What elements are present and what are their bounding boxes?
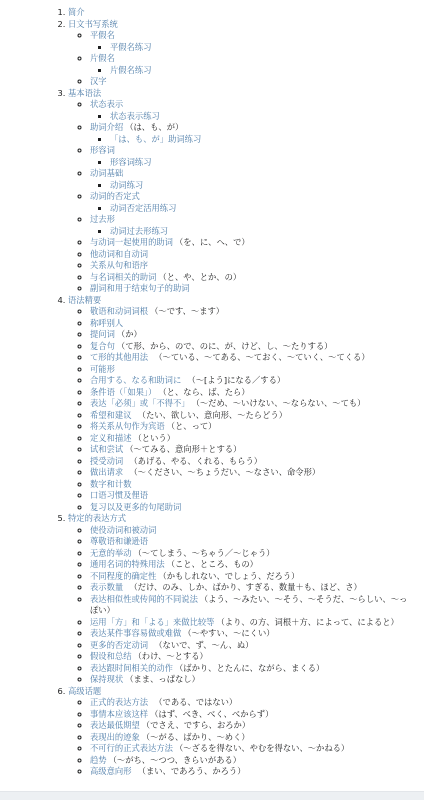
toc-subitem-link[interactable]: 动词否定活用练习 [110, 203, 176, 213]
toc-item-link[interactable]: 动词基础 [90, 168, 123, 178]
toc-subitem-link[interactable]: 动词过去形练习 [110, 226, 168, 236]
toc-item-link[interactable]: 通用名词的特殊用法 [90, 559, 165, 569]
toc-section-link[interactable]: 语法精要 [68, 295, 101, 305]
toc-item: 形容词形容词练习 [90, 145, 412, 168]
toc-item: 不可行的正式表达方法（～ざるを得ない、やむを得ない、～かねる） [90, 743, 412, 755]
toc-level3-list: 平假名练习 [90, 42, 412, 54]
toc-item-link[interactable]: 副词和用于结束句子的助词 [90, 283, 190, 293]
toc-item-link[interactable]: 形容词 [90, 145, 115, 155]
toc-item: 授受动词 （あげる、やる、くれる、もらう） [90, 456, 412, 468]
toc-item-link[interactable]: 更多的否定动词 [90, 640, 148, 650]
toc-section: 语法精要敬语和动词词根（～です、～ます）称呼别人提问词（か）复合句（て形、から、… [68, 295, 412, 514]
toc-item: 状态表示状态表示练习 [90, 99, 412, 122]
toc-item: 动词基础动词练习 [90, 168, 412, 191]
toc-subitem: 动词过去形练习 [110, 226, 412, 238]
toc-item-link[interactable]: 复习以及更多的句尾助词 [90, 502, 181, 512]
toc-subitem: 形容词练习 [110, 157, 412, 169]
toc-item: 运用「方」和「よる」来做比较等（より、の方、词根＋方、によって、によると） [90, 617, 412, 629]
toc-item-annotation: （～がち、～つつ、きらいがある） [109, 755, 241, 765]
toc-item: 将关系从句作为宾语（と、って） [90, 421, 412, 433]
toc-item-link[interactable]: 将关系从句作为宾语 [90, 421, 165, 431]
footer-bar [0, 791, 424, 800]
toc-section: 特定的表达方式使役动词和被动词尊敬语和谦逊语无意的举动（～てしまう、～ちゃう／～… [68, 513, 412, 686]
toc-item: 与名词相关的助词（と、や、とか、の） [90, 272, 412, 284]
toc-section-link[interactable]: 高级话题 [68, 686, 101, 696]
toc-root: 简介日文书写系统平假名平假名练习片假名片假名练习汉字基本语法状态表示状态表示练习… [28, 7, 412, 778]
toc-level3-list: 形容词练习 [90, 157, 412, 169]
toc-item-link[interactable]: 敬语和动词词根 [90, 306, 148, 316]
toc-item-link[interactable]: 趋势 [90, 755, 107, 765]
toc-item-annotation: （と、なら、ば、たら） [154, 387, 249, 397]
toc-item: 表现出的迹象（～がる、ばかり、～めく） [90, 732, 412, 744]
toc-item-link[interactable]: 事情本应该这样 [90, 709, 148, 719]
toc-subitem-link[interactable]: 片假名练习 [110, 65, 152, 75]
toc-item: 汉字 [90, 76, 412, 88]
toc-item: 尊敬语和谦逊语 [90, 536, 412, 548]
toc-item-link[interactable]: 表达「必须」或「不得不」 [90, 398, 185, 408]
toc-item-annotation: （と、や、とか、の） [158, 272, 241, 282]
toc-item: 片假名片假名练习 [90, 53, 412, 76]
toc-item: 口语习惯及俚语 [90, 490, 412, 502]
toc-item-link[interactable]: 高级意向形 [90, 766, 132, 776]
toc-item-link[interactable]: 关系从句和语序 [90, 260, 148, 270]
toc-item: 复合句（て形、から、ので、のに、が、けど、し、～たりする） [90, 341, 412, 353]
toc-item-link[interactable]: 数字和计数 [90, 479, 132, 489]
toc-item: 事情本应该这样（はず、べき、べく、べからず） [90, 709, 412, 721]
toc-level2-list: 使役动词和被动词尊敬语和谦逊语无意的举动（～てしまう、～ちゃう／～じゃう）通用名… [68, 525, 412, 686]
toc-item: 正式的表达方法 （である、ではない） [90, 697, 412, 709]
toc-item-annotation: （～ている、～てある、～ておく、～ていく、～てくる） [150, 352, 370, 362]
toc-item: 条件语（「如果」） （と、なら、ば、たら） [90, 387, 412, 399]
toc-item: 表达某件事容易做或难做（～やすい、～にくい） [90, 628, 412, 640]
toc-item-annotation: （～やすい、～にくい） [183, 628, 274, 638]
toc-item-annotation: （たい、欲しい、意向形、～たらどう） [134, 410, 288, 420]
toc-section: 基本语法状态表示状态表示练习助词介绍（は、も、が）「は、も、が」助词练习形容词形… [68, 88, 412, 295]
toc-item: 假设和总结（わけ、～とする） [90, 651, 412, 663]
toc-item-link[interactable]: 可能形 [90, 364, 115, 374]
toc-item-link[interactable]: 汉字 [90, 76, 107, 86]
toc-item: 副词和用于结束句子的助词 [90, 283, 412, 295]
toc-item: 过去形动词过去形练习 [90, 214, 412, 237]
toc-item-link[interactable]: 假设和总结 [90, 651, 132, 661]
toc-item-link[interactable]: 条件语（「如果」） [90, 387, 152, 397]
toc-item-annotation: （より、の方、词根＋方、によって、によると） [216, 617, 398, 627]
toc-item: 复习以及更多的句尾助词 [90, 502, 412, 514]
toc-item-annotation: （は、も、が） [125, 122, 183, 132]
toc-item-link[interactable]: 做出请求 [90, 467, 123, 477]
toc-item-annotation: （～ざるを得ない、やむを得ない、～かねる） [175, 743, 349, 753]
toc-section: 日文书写系统平假名平假名练习片假名片假名练习汉字 [68, 19, 412, 88]
toc-item-link[interactable]: 表现出的迹象 [90, 732, 140, 742]
toc-subitem-link[interactable]: 「は、も、が」助词练习 [110, 134, 201, 144]
toc-item-annotation: （～[よう]になる／する） [183, 375, 285, 385]
toc-item: 做出请求 （～ください、～ちょうだい、～なさい、命令形） [90, 467, 412, 479]
toc-level3-list: 动词否定活用练习 [90, 203, 412, 215]
toc-item: 使役动词和被动词 [90, 525, 412, 537]
toc-item-annotation: （て形、から、ので、のに、が、けど、し、～たりする） [117, 341, 333, 351]
toc-subitem: 状态表示练习 [110, 111, 412, 123]
toc-level3-list: 状态表示练习 [90, 111, 412, 123]
toc-item-link[interactable]: 授受动词 [90, 456, 123, 466]
toc-item-link[interactable]: 使役动词和被动词 [90, 525, 156, 535]
toc-subitem: 平假名练习 [110, 42, 412, 54]
toc-item-link[interactable]: 希望和建议 [90, 410, 132, 420]
toc-item-link[interactable]: 称呼别人 [90, 318, 123, 328]
toc-item-link[interactable]: 定义和描述 [90, 433, 132, 443]
toc-item: 可能形 [90, 364, 412, 376]
toc-item: 关系从句和语序 [90, 260, 412, 272]
toc-item: 无意的举动（～てしまう、～ちゃう／～じゃう） [90, 548, 412, 560]
toc-section: 高级话题正式的表达方法 （である、ではない）事情本应该这样（はず、べき、べく、べ… [68, 686, 412, 778]
toc-item-link[interactable]: 合用する、なる和助词に [90, 375, 181, 385]
toc-item-link[interactable]: 复合句 [90, 341, 115, 351]
toc-item: 提问词（か） [90, 329, 412, 341]
toc-subitem-link[interactable]: 动词练习 [110, 180, 143, 190]
toc-item-link[interactable]: 平假名 [90, 30, 115, 40]
toc-item-annotation: （～がる、ばかり、～めく） [142, 732, 250, 742]
toc-item-link[interactable]: 他动词和自动词 [90, 249, 148, 259]
toc-item: 趋势（～がち、～つつ、きらいがある） [90, 755, 412, 767]
toc-item: 动词的否定式动词否定活用练习 [90, 191, 412, 214]
toc-item: 数字和计数 [90, 479, 412, 491]
toc-item: 表达相似性或传闻的不同说法（よう、～みたい、～そう、～そうだ、～らしい、～っぽい… [90, 594, 412, 617]
toc-item: 助词介绍（は、も、が）「は、も、が」助词练习 [90, 122, 412, 145]
toc-item-link[interactable]: 状态表示 [90, 99, 123, 109]
toc-item: 与动词一起使用的助词（を、に、へ、で） [90, 237, 412, 249]
toc-item: 保持现状（まま、っぱなし） [90, 674, 412, 686]
toc-item: 敬语和动词词根（～です、～ます） [90, 306, 412, 318]
toc-item: 定义和描述（という） [90, 433, 412, 445]
toc-item-link[interactable]: 运用「方」和「よる」来做比较等 [90, 617, 214, 627]
toc-item-annotation: （だけ、のみ、しか、ばかり、すぎる、数量＋も、ほど、さ） [125, 582, 362, 592]
toc-level3-list: 「は、も、が」助词练习 [90, 134, 412, 146]
toc-item-link[interactable]: 正式的表达方法 [90, 697, 148, 707]
toc-level2-list: 敬语和动词词根（～です、～ます）称呼别人提问词（か）复合句（て形、から、ので、の… [68, 306, 412, 513]
toc-item: 称呼别人 [90, 318, 412, 330]
toc-item: 高级意向形 （まい、であろう、かろう） [90, 766, 412, 778]
toc-item: 希望和建议 （たい、欲しい、意向形、～たらどう） [90, 410, 412, 422]
toc-item-link[interactable]: 试和尝试 [90, 444, 123, 454]
toc-item-link[interactable]: 无意的举动 [90, 548, 132, 558]
toc-section-link[interactable]: 基本语法 [68, 88, 101, 98]
toc-section-link[interactable]: 简介 [68, 7, 85, 17]
toc-item-link[interactable]: 动词的否定式 [90, 191, 140, 201]
toc-item-link[interactable]: 表达相似性或传闻的不同说法 [90, 594, 198, 604]
toc-item-annotation: （こと、ところ、もの） [167, 559, 258, 569]
toc-item: て形的其他用法 （～ている、～てある、～ておく、～ていく、～てくる） [90, 352, 412, 364]
toc-item: 平假名平假名练习 [90, 30, 412, 53]
toc-item: 他动词和自动词 [90, 249, 412, 261]
toc-item-annotation: （はず、べき、べく、べからず） [150, 709, 273, 719]
toc-item-annotation: （まい、であろう、かろう） [134, 766, 246, 776]
toc-item-annotation: （を、に、へ、で） [175, 237, 250, 247]
toc-section: 简介 [68, 7, 412, 19]
table-of-contents: 简介日文书写系统平假名平假名练习片假名片假名练习汉字基本语法状态表示状态表示练习… [0, 0, 424, 778]
toc-item: 表示数量 （だけ、のみ、しか、ばかり、すぎる、数量＋も、ほど、さ） [90, 582, 412, 594]
toc-item-link[interactable]: 不同程度的确定性 [90, 571, 156, 581]
toc-subitem-link[interactable]: 平假名练习 [110, 42, 152, 52]
toc-subitem: 片假名练习 [110, 65, 412, 77]
toc-item-annotation: （～ください、～ちょうだい、～なさい、命令形） [125, 467, 320, 477]
toc-item-link[interactable]: 片假名 [90, 53, 115, 63]
toc-item-link[interactable]: 与动词一起使用的助词 [90, 237, 173, 247]
toc-section-link[interactable]: 日文书写系统 [68, 19, 118, 29]
toc-level2-list: 状态表示状态表示练习助词介绍（は、も、が）「は、も、が」助词练习形容词形容词练习… [68, 99, 412, 295]
toc-item-annotation: （ばかり、とたんに、ながら、まくる） [175, 663, 324, 673]
toc-item-annotation: （まま、っぱなし） [125, 674, 200, 684]
toc-subitem: 动词否定活用练习 [110, 203, 412, 215]
toc-item: 表达跟时间相关的动作（ばかり、とたんに、ながら、まくる） [90, 663, 412, 675]
toc-item-link[interactable]: 表达某件事容易做或难做 [90, 628, 181, 638]
toc-level2-list: 平假名平假名练习片假名片假名练习汉字 [68, 30, 412, 88]
toc-level2-list: 正式的表达方法 （である、ではない）事情本应该这样（はず、べき、べく、べからず）… [68, 697, 412, 778]
toc-item-annotation: （～だめ、～いけない、～ならない、～ても） [187, 398, 365, 408]
toc-item: 表达「必须」或「不得不」 （～だめ、～いけない、～ならない、～ても） [90, 398, 412, 410]
toc-item-link[interactable]: 过去形 [90, 214, 115, 224]
toc-item-link[interactable]: て形的其他用法 [90, 352, 148, 362]
toc-item-annotation: （と、って） [167, 421, 217, 431]
toc-item-link[interactable]: 保持现状 [90, 674, 123, 684]
toc-subitem: 动词练习 [110, 180, 412, 192]
toc-item-annotation: （かもしれない、でしょう、だろう） [158, 571, 299, 581]
toc-section-link[interactable]: 特定的表达方式 [68, 513, 126, 523]
toc-subitem-link[interactable]: 形容词练习 [110, 157, 152, 167]
toc-item: 通用名词的特殊用法（こと、ところ、もの） [90, 559, 412, 571]
toc-item-annotation: （か） [117, 329, 142, 339]
toc-level3-list: 动词练习 [90, 180, 412, 192]
toc-level3-list: 动词过去形练习 [90, 226, 412, 238]
toc-item-annotation: （～てみる、意向形＋とする） [125, 444, 241, 454]
toc-item-link[interactable]: 与名词相关的助词 [90, 272, 156, 282]
toc-item-link[interactable]: 助词介绍 [90, 122, 123, 132]
toc-item-link[interactable]: 尊敬语和谦逊语 [90, 536, 148, 546]
toc-item-annotation: （ないで、ず、～ん、ぬ） [150, 640, 253, 650]
toc-subitem-link[interactable]: 状态表示练习 [110, 111, 160, 121]
toc-item-annotation: （である、ではない） [150, 697, 237, 707]
toc-item-annotation: （あげる、やる、くれる、もらう） [125, 456, 262, 466]
toc-level3-list: 片假名练习 [90, 65, 412, 77]
toc-item: 不同程度的确定性（かもしれない、でしょう、だろう） [90, 571, 412, 583]
toc-item: 更多的否定动词 （ないで、ず、～ん、ぬ） [90, 640, 412, 652]
toc-item-link[interactable]: 表达跟时间相关的动作 [90, 663, 173, 673]
toc-subitem: 「は、も、が」助词练习 [110, 134, 412, 146]
toc-item-link[interactable]: 表达最低期望 [90, 720, 140, 730]
toc-item-link[interactable]: 表示数量 [90, 582, 123, 592]
toc-item-link[interactable]: 口语习惯及俚语 [90, 490, 148, 500]
toc-item: 合用する、なる和助词に （～[よう]になる／する） [90, 375, 412, 387]
toc-item-annotation: （～てしまう、～ちゃう／～じゃう） [134, 548, 275, 558]
toc-item: 表达最低期望（でさえ、ですら、おろか） [90, 720, 412, 732]
toc-item-link[interactable]: 不可行的正式表达方法 [90, 743, 173, 753]
toc-item: 试和尝试（～てみる、意向形＋とする） [90, 444, 412, 456]
toc-item-annotation: （でさえ、ですら、おろか） [142, 720, 250, 730]
toc-item-annotation: （わけ、～とする） [134, 651, 208, 661]
toc-item-annotation: （という） [134, 433, 176, 443]
toc-item-link[interactable]: 提问词 [90, 329, 115, 339]
toc-item-annotation: （～です、～ます） [150, 306, 224, 316]
